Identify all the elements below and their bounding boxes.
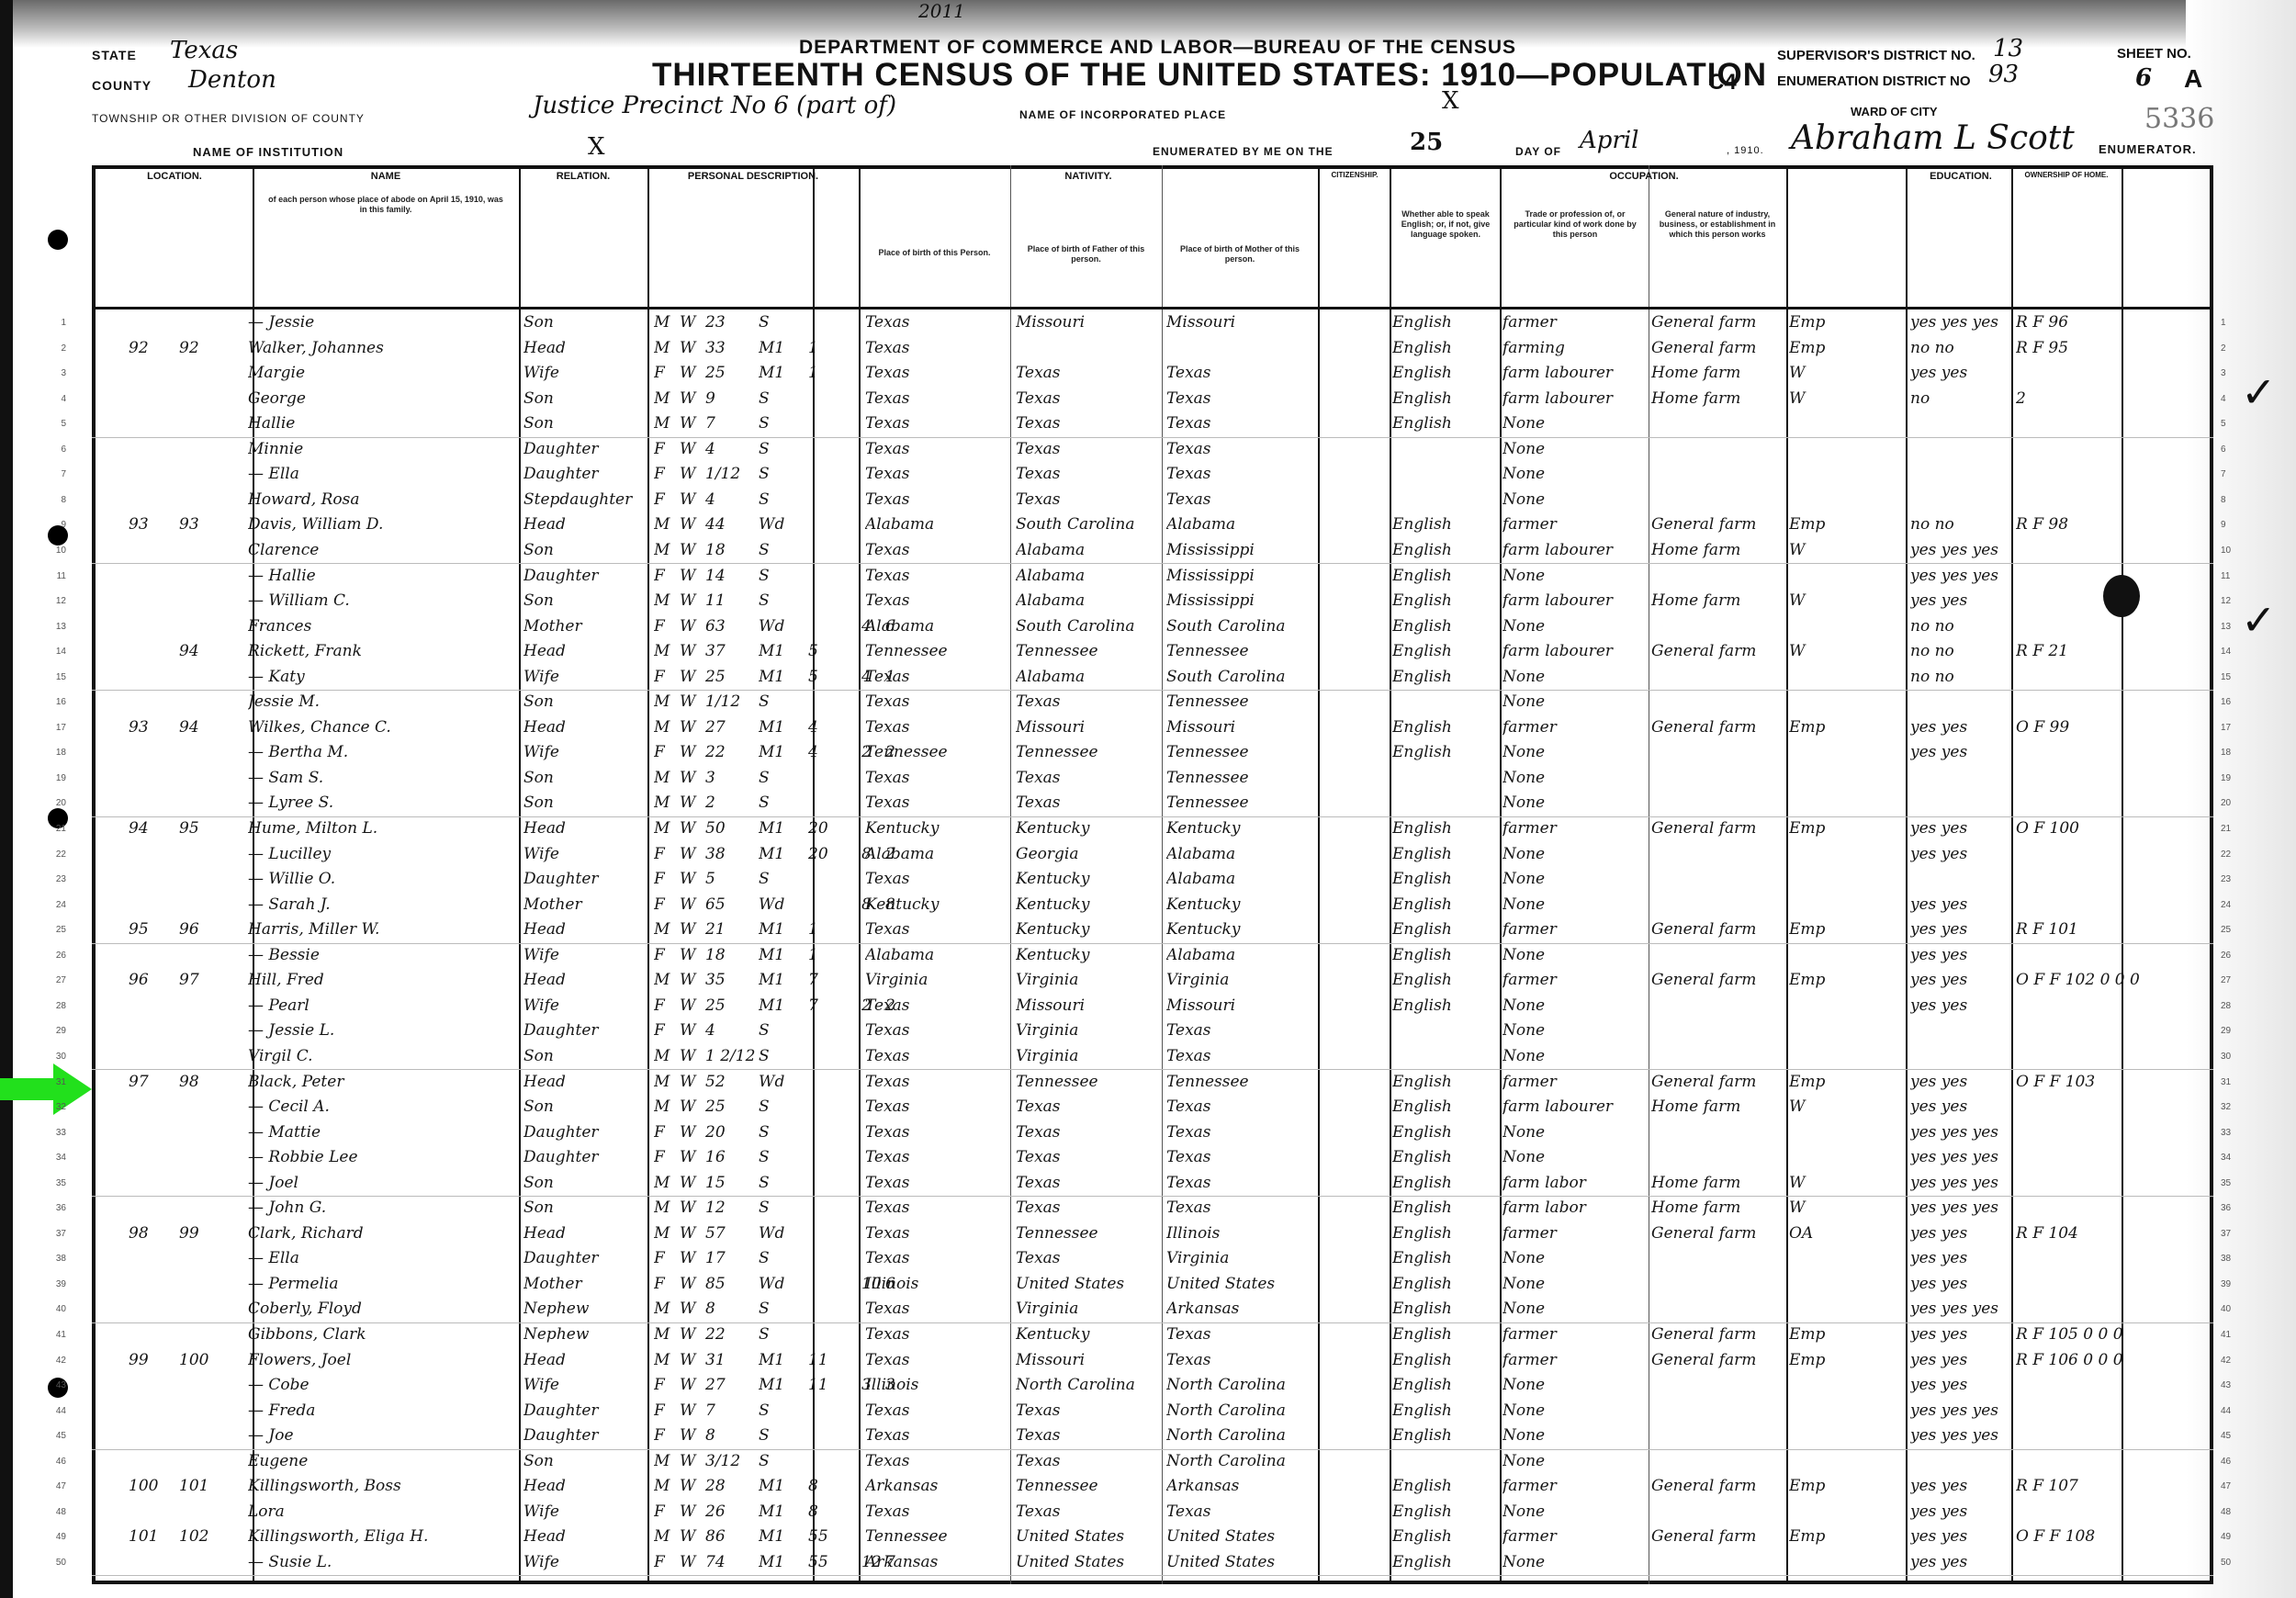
cell-lang: English (1392, 715, 1498, 741)
cell-lang: English (1392, 589, 1498, 614)
cell-family: 99 (179, 1221, 220, 1247)
cell-sex: M (654, 310, 674, 336)
cell-lang (1392, 437, 1498, 463)
cell-race: W (680, 766, 703, 792)
cell-age: 1/12 (705, 462, 757, 488)
cell-race: W (680, 1373, 703, 1399)
cell-dwelling (129, 994, 174, 1019)
table-row: 44— FredaDaughterFW7STexasTexasNorth Car… (92, 1399, 2213, 1424)
line-number: 22 (44, 842, 66, 868)
cell-name: Rickett, Frank (248, 639, 514, 665)
cell-class (1789, 943, 1876, 969)
cell-birth: Texas (865, 1120, 1012, 1146)
cell-class (1789, 665, 1876, 691)
cell-sex: M (654, 336, 674, 362)
cell-father: Texas (1016, 766, 1165, 792)
table-row: 15— KatyWifeFW25M1541TexasAlabamaSouth C… (92, 665, 2213, 692)
cell-race: W (680, 715, 703, 741)
cell-industry (1651, 842, 1787, 868)
cell-family (179, 943, 220, 969)
cell-class: W (1789, 639, 1876, 665)
cell-trade: None (1503, 893, 1648, 918)
line-number-right: 17 (2221, 715, 2243, 741)
cell-birth: Texas (865, 1044, 1012, 1070)
cell-race: W (680, 387, 703, 412)
cell-marital: S (759, 1171, 806, 1197)
cell-dwelling (129, 1044, 174, 1070)
cell-trade: farm labor (1503, 1196, 1648, 1221)
table-row: 6MinnieDaughterFW4STexasTexasTexasNone6 (92, 437, 2213, 463)
cell-birth: Texas (865, 715, 1012, 741)
cell-lang: English (1392, 665, 1498, 691)
header-nativity-person: Place of birth of this Person. (863, 248, 1006, 258)
cell-name: — Joel (248, 1171, 514, 1197)
header-nativity-mother: Place of birth of Mother of this person. (1166, 244, 1313, 264)
cell-dwelling: 93 (129, 715, 174, 741)
cell-own (2016, 437, 2209, 463)
cell-age: 4 (705, 488, 757, 513)
top-mark: 2011 (918, 0, 965, 22)
cell-father: Missouri (1016, 310, 1165, 336)
cell-family (179, 867, 220, 893)
cell-dwelling (129, 1171, 174, 1197)
cell-trade: None (1503, 411, 1648, 437)
cell-dwelling (129, 462, 174, 488)
cell-mother: Texas (1166, 1044, 1318, 1070)
cell-family (179, 690, 220, 715)
cell-trade: farmer (1503, 1070, 1648, 1096)
cell-edu (1910, 690, 2011, 715)
cell-sex: M (654, 766, 674, 792)
line-number: 43 (44, 1373, 66, 1399)
cell-trade: None (1503, 1399, 1648, 1424)
header-relation: RELATION. (523, 171, 643, 182)
line-number-right: 23 (2221, 867, 2243, 893)
cell-lang: English (1392, 512, 1498, 538)
table-row: 33— MattieDaughterFW20STexasTexasTexasEn… (92, 1120, 2213, 1146)
cell-own (2016, 690, 2209, 715)
cell-relation: Head (523, 1474, 643, 1500)
line-number-right: 44 (2221, 1399, 2243, 1424)
cell-relation: Son (523, 387, 643, 412)
cell-marital: Wd (759, 1221, 806, 1247)
cell-edu: yes yes (1910, 1221, 2011, 1247)
cell-own (2016, 1145, 2209, 1171)
cell-own (2016, 842, 2209, 868)
line-number-right: 39 (2221, 1272, 2243, 1298)
cell-race: W (680, 1322, 703, 1348)
cell-age: 27 (705, 1373, 757, 1399)
cell-age: 21 (705, 917, 757, 943)
cell-marital: M1 (759, 639, 806, 665)
cell-father: Texas (1016, 437, 1165, 463)
cell-name: — Susie L. (248, 1550, 514, 1576)
cell-father: Virginia (1016, 1018, 1165, 1044)
cell-sex: M (654, 538, 674, 564)
cell-edu (1910, 437, 2011, 463)
state-label: STATE (92, 48, 137, 62)
cell-age: 4 (705, 437, 757, 463)
cell-father: Kentucky (1016, 816, 1165, 842)
cell-edu: yes yes yes (1910, 564, 2011, 590)
cell-lang: English (1392, 387, 1498, 412)
cell-class (1789, 411, 1876, 437)
cell-class: Emp (1789, 310, 1876, 336)
cell-industry (1651, 1120, 1787, 1146)
header-location: LOCATION. (101, 171, 248, 182)
cell-sex: M (654, 1044, 674, 1070)
cell-marital: Wd (759, 893, 806, 918)
cell-name: — Robbie Lee (248, 1145, 514, 1171)
cell-class (1789, 614, 1876, 640)
cell-dwelling (129, 842, 174, 868)
cell-trade: None (1503, 462, 1648, 488)
table-row: 5HallieSonMW7STexasTexasTexasEnglishNone… (92, 411, 2213, 438)
cell-lang: English (1392, 917, 1498, 943)
line-number-right: 29 (2221, 1018, 2243, 1044)
table-row: 50— Susie L.WifeFW74M155127ArkansasUnite… (92, 1550, 2213, 1577)
cell-name: Margie (248, 361, 514, 387)
cell-marital: S (759, 310, 806, 336)
incorporated-label: NAME OF INCORPORATED PLACE (1019, 108, 1226, 121)
cell-trade: farm labourer (1503, 1095, 1648, 1120)
cell-trade: None (1503, 943, 1648, 969)
cell-name: Killingsworth, Boss (248, 1474, 514, 1500)
cell-race: W (680, 968, 703, 994)
cell-birth: Texas (865, 1070, 1012, 1096)
cell-own (2016, 1424, 2209, 1449)
line-number-right: 30 (2221, 1044, 2243, 1070)
cell-edu: yes yes (1910, 1500, 2011, 1525)
cell-father: United States (1016, 1272, 1165, 1298)
line-number-right: 7 (2221, 462, 2243, 488)
cell-edu (1910, 488, 2011, 513)
cell-edu: yes yes (1910, 842, 2011, 868)
cell-yrs: 7 (808, 994, 836, 1019)
cell-own (2016, 1272, 2209, 1298)
cell-birth: Tennessee (865, 740, 1012, 766)
cell-family (179, 1322, 220, 1348)
cell-edu: yes yes (1910, 893, 2011, 918)
cell-family (179, 564, 220, 590)
cell-lang: English (1392, 1272, 1498, 1298)
cell-father: Alabama (1016, 564, 1165, 590)
cell-class (1789, 867, 1876, 893)
table-row: 49101102Killingsworth, Eliga H.HeadMW86M… (92, 1525, 2213, 1550)
cell-race: W (680, 1196, 703, 1221)
cell-own: R F 21 (2016, 639, 2209, 665)
line-number-right: 27 (2221, 968, 2243, 994)
cell-industry (1651, 690, 1787, 715)
cell-race: W (680, 336, 703, 362)
cell-family: 101 (179, 1474, 220, 1500)
cell-marital: M1 (759, 1474, 806, 1500)
cell-relation: Daughter (523, 1018, 643, 1044)
line-number-right: 24 (2221, 893, 2243, 918)
cell-sex: M (654, 816, 674, 842)
checkmark-icon: ✓ (2241, 595, 2277, 645)
cell-yrs (808, 1322, 836, 1348)
cell-age: 8 (705, 1297, 757, 1322)
cell-own: O F 100 (2016, 816, 2209, 842)
line-number: 13 (44, 614, 66, 640)
line-number-right: 49 (2221, 1525, 2243, 1550)
cell-father: Georgia (1016, 842, 1165, 868)
line-number: 9 (44, 512, 66, 538)
cell-family (179, 387, 220, 412)
header-occupation: OCCUPATION. (1506, 171, 1782, 182)
cell-birth: Texas (865, 462, 1012, 488)
cell-father: Texas (1016, 1095, 1165, 1120)
cell-industry: General farm (1651, 1221, 1787, 1247)
line-number: 1 (44, 310, 66, 336)
cell-sex: M (654, 715, 674, 741)
form-code: C4 (1708, 70, 1737, 96)
line-number-right: 26 (2221, 943, 2243, 969)
line-number: 42 (44, 1348, 66, 1374)
cell-name: — Pearl (248, 994, 514, 1019)
cell-name: Hume, Milton L. (248, 816, 514, 842)
cell-own (2016, 1550, 2209, 1576)
cell-yrs: 20 (808, 842, 836, 868)
cell-yrs: 5 (808, 639, 836, 665)
cell-age: 4 (705, 1018, 757, 1044)
line-number-right: 41 (2221, 1322, 2243, 1348)
cell-edu: yes yes yes (1910, 1120, 2011, 1146)
cell-age: 38 (705, 842, 757, 868)
cell-edu (1910, 462, 2011, 488)
cell-lang (1392, 791, 1498, 816)
cell-dwelling (129, 1145, 174, 1171)
cell-relation: Head (523, 336, 643, 362)
cell-yrs (808, 1044, 836, 1070)
cell-yrs (808, 1171, 836, 1197)
cell-own (2016, 1120, 2209, 1146)
cell-father: Missouri (1016, 994, 1165, 1019)
cell-race: W (680, 437, 703, 463)
cell-marital: S (759, 1120, 806, 1146)
cell-birth: Arkansas (865, 1474, 1012, 1500)
cell-sex: F (654, 1272, 674, 1298)
cell-class (1789, 994, 1876, 1019)
cell-sex: M (654, 791, 674, 816)
line-number: 27 (44, 968, 66, 994)
cell-race: W (680, 740, 703, 766)
cell-edu: yes yes (1910, 1272, 2011, 1298)
cell-relation: Daughter (523, 1399, 643, 1424)
cell-mother: Arkansas (1166, 1474, 1318, 1500)
cell-race: W (680, 791, 703, 816)
cell-family (179, 1373, 220, 1399)
cell-age: 50 (705, 816, 757, 842)
line-number-right: 28 (2221, 994, 2243, 1019)
cell-mother: Virginia (1166, 1246, 1318, 1272)
cell-yrs (808, 462, 836, 488)
cell-class (1789, 1120, 1876, 1146)
cell-dwelling (129, 361, 174, 387)
cell-trade: farmer (1503, 1525, 1648, 1550)
cell-mother: United States (1166, 1550, 1318, 1576)
cell-relation: Head (523, 715, 643, 741)
cell-race: W (680, 1474, 703, 1500)
cell-yrs (808, 1424, 836, 1449)
table-row: 10ClarenceSonMW18STexasAlabamaMississipp… (92, 538, 2213, 565)
cell-age: 74 (705, 1550, 757, 1576)
table-row: 13FrancesMotherFW63Wd46AlabamaSouth Caro… (92, 614, 2213, 640)
cell-family (179, 1424, 220, 1449)
cell-name: — Sam S. (248, 766, 514, 792)
cell-class (1789, 1500, 1876, 1525)
cell-industry: General farm (1651, 816, 1787, 842)
cell-age: 1/12 (705, 690, 757, 715)
line-number-right: 8 (2221, 488, 2243, 513)
cell-dwelling: 100 (129, 1474, 174, 1500)
cell-sex: F (654, 943, 674, 969)
line-number-right: 38 (2221, 1246, 2243, 1272)
cell-yrs (808, 1095, 836, 1120)
line-number: 5 (44, 411, 66, 437)
department-line: DEPARTMENT OF COMMERCE AND LABOR—BUREAU … (799, 37, 1516, 59)
cell-relation: Wife (523, 740, 643, 766)
cell-edu: yes yes yes (1910, 1171, 2011, 1197)
line-number: 35 (44, 1171, 66, 1197)
line-number: 45 (44, 1424, 66, 1449)
cell-lang: English (1392, 639, 1498, 665)
cell-race: W (680, 310, 703, 336)
line-number-right: 19 (2221, 766, 2243, 792)
cell-relation: Mother (523, 893, 643, 918)
cell-sex: M (654, 1095, 674, 1120)
cell-lang (1392, 1044, 1498, 1070)
line-number: 23 (44, 867, 66, 893)
cell-age: 3/12 (705, 1449, 757, 1475)
cell-class: W (1789, 1171, 1876, 1197)
cell-father: Texas (1016, 1424, 1165, 1449)
cell-own: O F F 108 (2016, 1525, 2209, 1550)
line-number-right: 43 (2221, 1373, 2243, 1399)
cell-relation: Son (523, 1449, 643, 1475)
table-row: 32— Cecil A.SonMW25STexasTexasTexasEngli… (92, 1095, 2213, 1120)
line-number: 15 (44, 665, 66, 691)
cell-own: R F 105 0 0 0 (2016, 1322, 2209, 1348)
cell-name: — Ella (248, 1246, 514, 1272)
cell-marital: S (759, 1018, 806, 1044)
table-row: 29292Walker, JohannesHeadMW33M11TexasEng… (92, 336, 2213, 362)
cell-birth: Texas (865, 310, 1012, 336)
cell-marital: S (759, 589, 806, 614)
table-row: 1— JessieSonMW23STexasMissouriMissouriEn… (92, 310, 2213, 336)
cell-mother: North Carolina (1166, 1424, 1318, 1449)
cell-name: Killingsworth, Eliga H. (248, 1525, 514, 1550)
sheet-value: 6 (2135, 64, 2152, 92)
cell-father: Texas (1016, 1120, 1165, 1146)
cell-marital: Wd (759, 1272, 806, 1298)
cell-class (1789, 1297, 1876, 1322)
cell-yrs: 5 (808, 665, 836, 691)
cell-edu: yes yes (1910, 1348, 2011, 1374)
cell-trade: None (1503, 1120, 1648, 1146)
cell-father: Tennessee (1016, 639, 1165, 665)
cell-marital: M1 (759, 1348, 806, 1374)
state-value: Texas (170, 37, 238, 64)
cell-birth: Texas (865, 1246, 1012, 1272)
cell-name: Black, Peter (248, 1070, 514, 1096)
cell-sex: F (654, 1246, 674, 1272)
cell-birth: Illinois (865, 1272, 1012, 1298)
cell-age: 1 2/12 (705, 1044, 757, 1070)
cell-trade: farmer (1503, 816, 1648, 842)
cell-race: W (680, 917, 703, 943)
cell-age: 27 (705, 715, 757, 741)
cell-yrs: 55 (808, 1525, 836, 1550)
cell-dwelling (129, 564, 174, 590)
cell-name: Davis, William D. (248, 512, 514, 538)
cell-age: 3 (705, 766, 757, 792)
cell-race: W (680, 1272, 703, 1298)
line-number-right: 20 (2221, 791, 2243, 816)
cell-family (179, 1018, 220, 1044)
cell-birth: Texas (865, 1500, 1012, 1525)
cell-family (179, 766, 220, 792)
cell-mother: Missouri (1166, 310, 1318, 336)
cell-own (2016, 1297, 2209, 1322)
cell-father: Kentucky (1016, 893, 1165, 918)
cell-lang: English (1392, 1196, 1498, 1221)
cell-mother: Texas (1166, 1145, 1318, 1171)
cell-sex: F (654, 665, 674, 691)
cell-birth: Texas (865, 1449, 1012, 1475)
cell-birth: Texas (865, 1348, 1012, 1374)
cell-marital: S (759, 564, 806, 590)
cell-own: R F 95 (2016, 336, 2209, 362)
cell-own (2016, 462, 2209, 488)
cell-mother: Mississippi (1166, 538, 1318, 564)
cell-yrs: 11 (808, 1373, 836, 1399)
cell-own: R F 107 (2016, 1474, 2209, 1500)
cell-family (179, 538, 220, 564)
cell-own (2016, 766, 2209, 792)
cell-dwelling (129, 1272, 174, 1298)
cell-edu (1910, 766, 2011, 792)
cell-dwelling (129, 791, 174, 816)
cell-race: W (680, 943, 703, 969)
cell-mother: Missouri (1166, 994, 1318, 1019)
cell-mother: Texas (1166, 1120, 1318, 1146)
cell-race: W (680, 1120, 703, 1146)
cell-father: Tennessee (1016, 1221, 1165, 1247)
cell-own (2016, 488, 2209, 513)
cell-race: W (680, 462, 703, 488)
cell-birth: Texas (865, 589, 1012, 614)
supervisor-value: 13 (1993, 35, 2023, 62)
cell-dwelling (129, 639, 174, 665)
cell-lang: English (1392, 994, 1498, 1019)
cell-class (1789, 1373, 1876, 1399)
cell-trade: None (1503, 1500, 1648, 1525)
cell-name: Walker, Johannes (248, 336, 514, 362)
cell-industry: General farm (1651, 917, 1787, 943)
cell-own (2016, 538, 2209, 564)
line-number: 7 (44, 462, 66, 488)
line-number: 50 (44, 1550, 66, 1576)
cell-father: Texas (1016, 1449, 1165, 1475)
cell-marital: Wd (759, 1070, 806, 1096)
cell-lang: English (1392, 1145, 1498, 1171)
cell-dwelling (129, 867, 174, 893)
table-row: 219495Hume, Milton L.HeadMW50M120Kentuck… (92, 816, 2213, 842)
cell-relation: Son (523, 411, 643, 437)
table-row: 12— William C.SonMW11STexasAlabamaMissis… (92, 589, 2213, 614)
